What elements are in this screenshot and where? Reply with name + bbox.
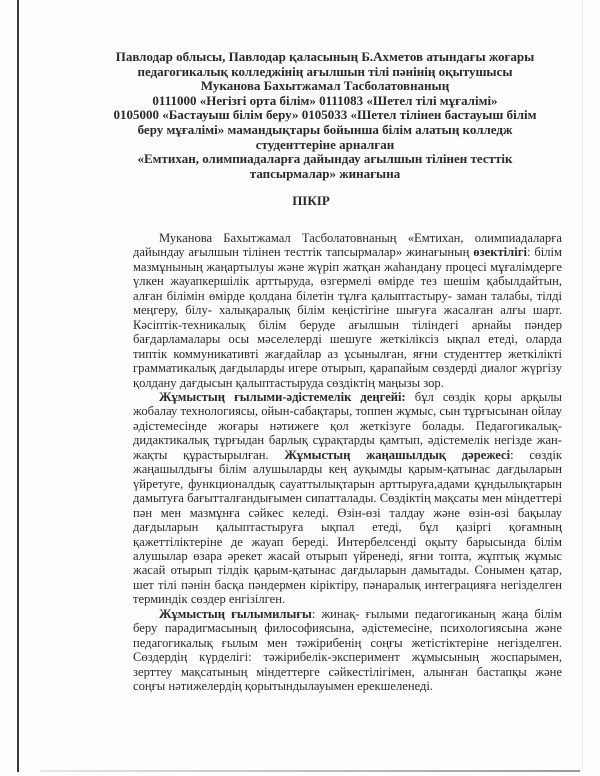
header-line: Муканова Бахытжамал Тасболатовнаның — [100, 79, 550, 94]
paragraph-text: : сөздік жаңашылдығы білім алушыларды ке… — [133, 448, 562, 607]
paragraph-keyword: Жұмыстың ғылымилығы — [159, 607, 312, 621]
header-line: «Емтихан, олимпиадаларға дайындау ағылшы… — [100, 152, 550, 167]
header-line: беру мұғалімі» мамандықтары бойынша білі… — [100, 123, 550, 138]
document-header: Павлодар облысы, Павлодар қаласының Б.Ах… — [100, 50, 550, 181]
header-line: 0111000 «Негізгі орта білім» 0111083 «Ше… — [100, 94, 550, 109]
header-line: тапсырмалар» жинағына — [100, 167, 550, 182]
header-line: студенттеріне арналған — [100, 138, 550, 153]
header-line: педагогикалық колледжінің ағылшын тілі п… — [100, 65, 550, 80]
document-body: Муканова Бахытжамал Тасболатовнаның «Емт… — [133, 231, 562, 694]
paragraph-relevance: Муканова Бахытжамал Тасболатовнаның «Емт… — [133, 231, 562, 390]
paragraph-methodology: Жұмыстың ғылыми-әдістемелік деңгейі: бұл… — [133, 390, 562, 607]
paragraph-scientific: Жұмыстың ғылымилығы: жинақ- ғылыми педаг… — [133, 607, 562, 694]
header-line: Павлодар облысы, Павлодар қаласының Б.Ах… — [100, 50, 550, 65]
scan-page-edge-left — [17, 0, 19, 772]
paragraph-keyword: өзектілігі — [473, 245, 527, 259]
scan-page-edge-right — [582, 0, 583, 772]
paragraph-keyword: Жұмыстың жаңашылдық дәрежесі — [284, 448, 510, 462]
header-line: 0105000 «Бастауыш білім беру» 0105033 «Ш… — [100, 108, 550, 123]
paragraph-text: : білім мазмұнының жаңартылуы және жүріп… — [133, 245, 562, 389]
document-title: ПІКІР — [0, 193, 600, 209]
paragraph-keyword: Жұмыстың ғылыми-әдістемелік деңгейі: — [159, 390, 406, 404]
scan-page-edge-bottom — [40, 770, 580, 772]
